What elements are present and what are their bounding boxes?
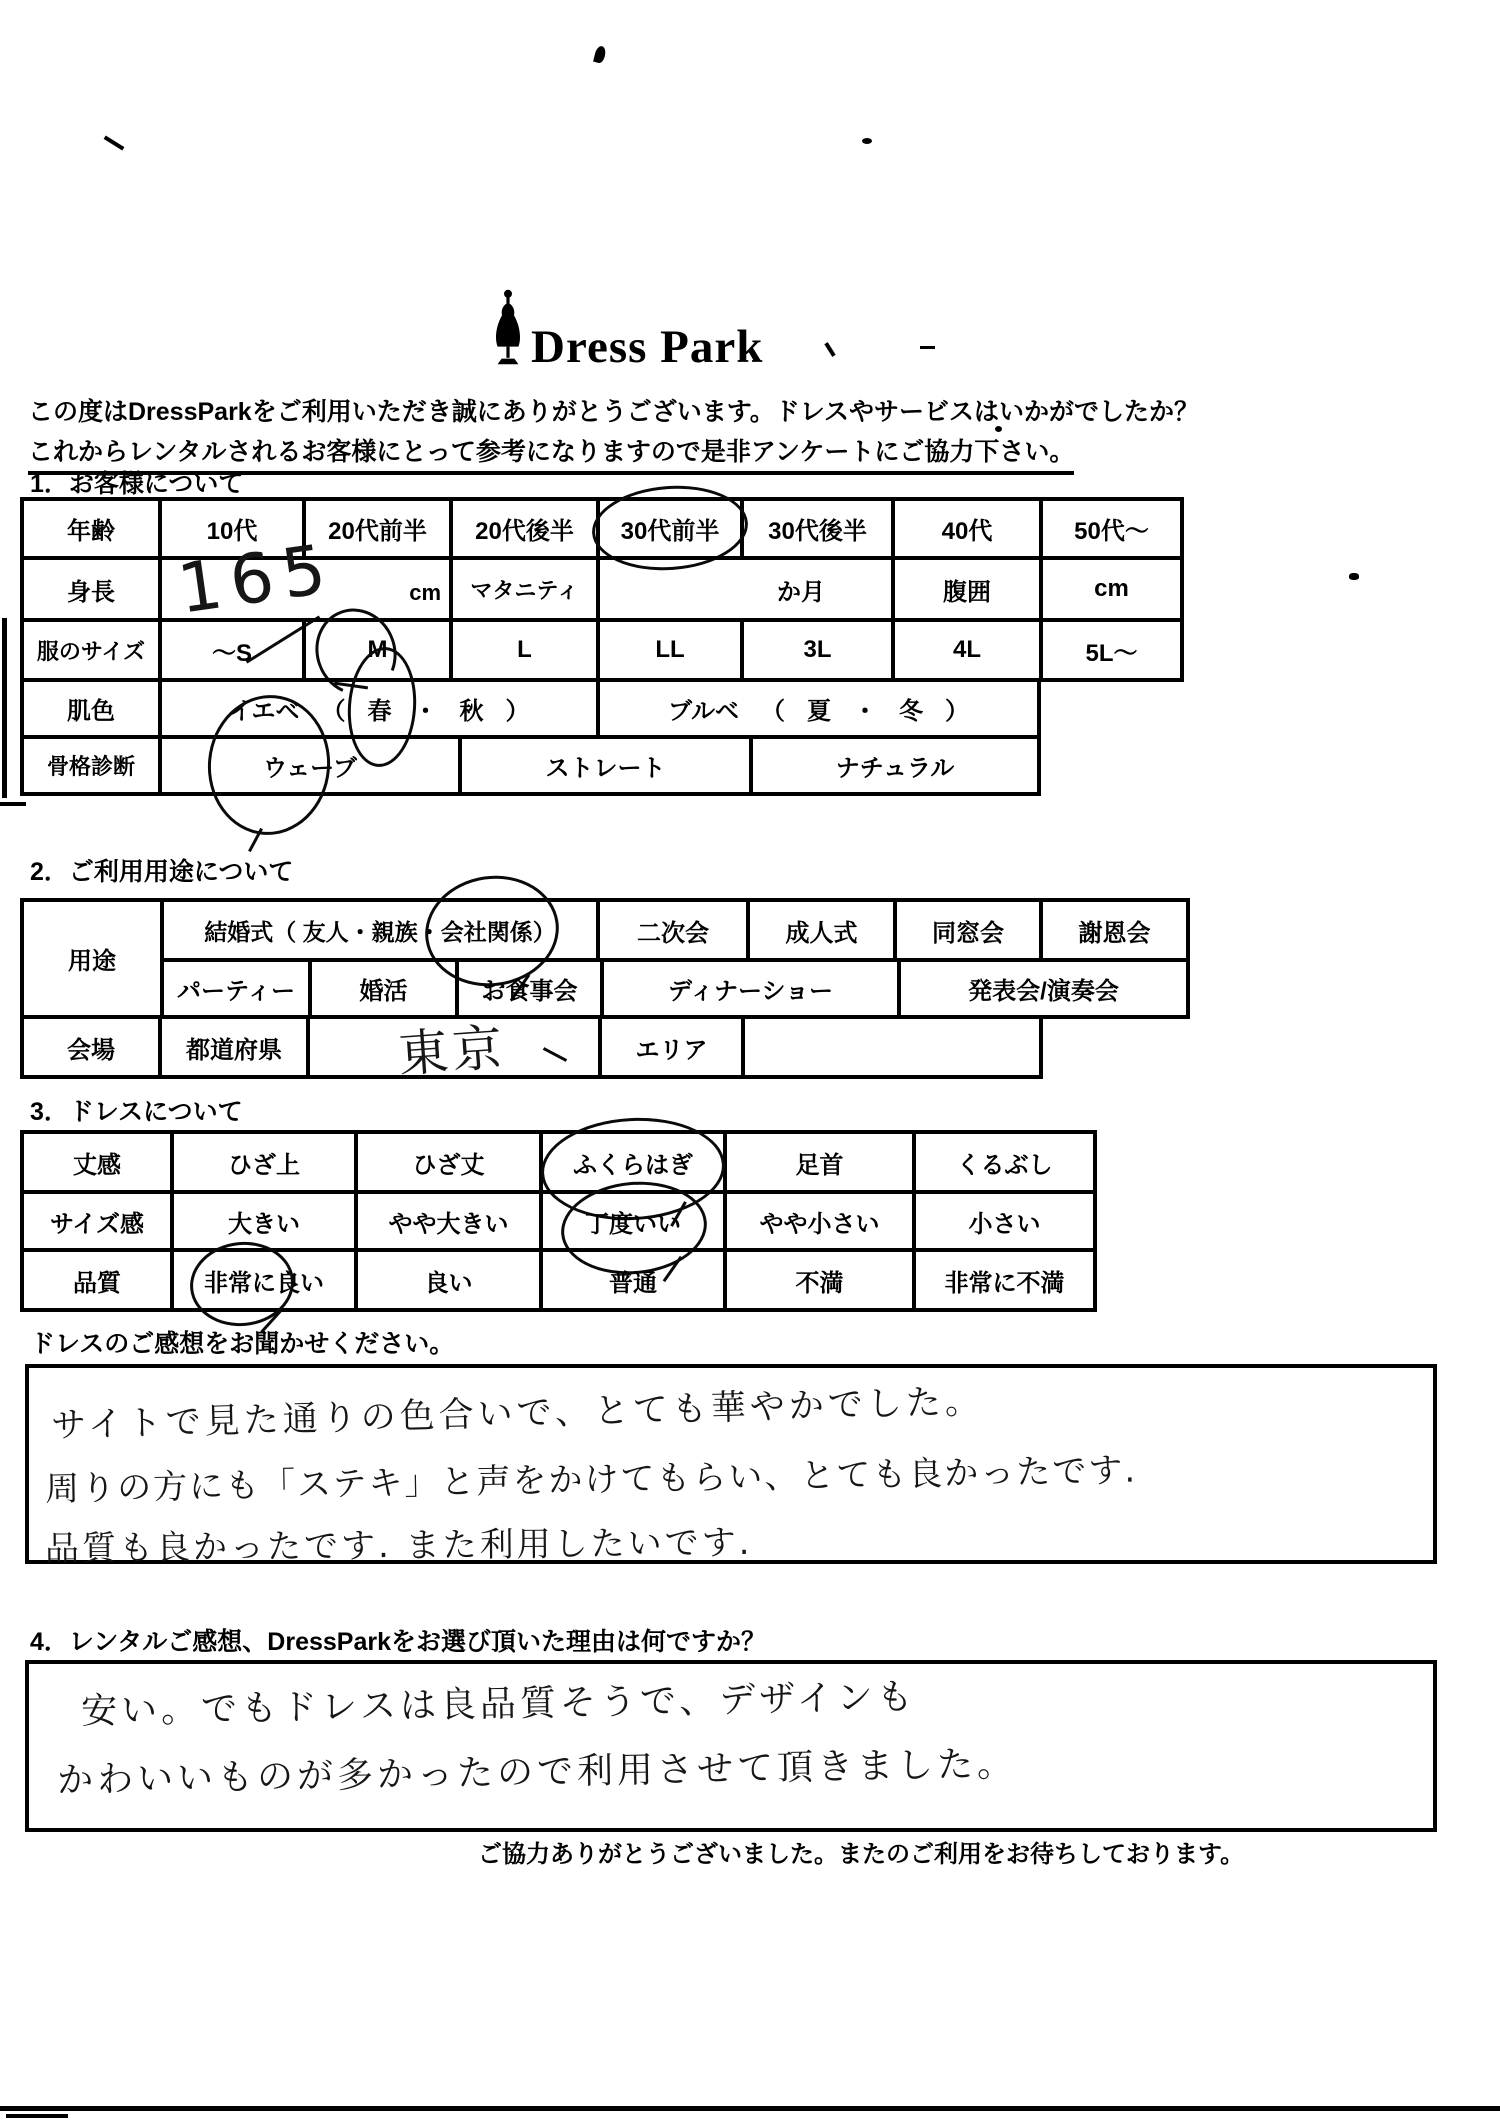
skin-label: 肌色 [24,682,162,735]
skin-option-spring-label: 春 [368,698,392,725]
age-label: 年齢 [24,501,162,556]
skeleton-label: 骨格診断 [24,739,162,792]
circle-tail [248,828,263,852]
venue-label: 会場 [24,1019,162,1075]
height-unit: cm [409,580,441,606]
length-option-anklebone: くるぶし [916,1134,1093,1190]
skin-yellow-name: イエベ [228,691,299,726]
size-option-m-label: M [368,636,388,664]
maternity-label: マタニティ [453,560,600,618]
area-label: エリア [602,1019,745,1075]
scan-speck [920,346,935,349]
dot-separator: ・ [414,691,438,726]
section4-title: 4．レンタルご感想、DressParkをお選び頂いた理由は何ですか？ [30,1622,766,1658]
prefecture-value-cell: 東京 [310,1019,602,1075]
usage-option-company: 会社関係 [441,914,533,947]
length-option-above-knee: ひざ上 [174,1134,358,1190]
age-option-30-early-label: 30代前半 [621,511,720,546]
dress-feedback-box: サイトで見た通りの色合いで、とても華やかでした。 周りの方にも「ステキ」と声をか… [25,1364,1437,1564]
quality-option-very-good: 非常に良い [174,1252,358,1308]
skeleton-row: 骨格診断 ウェーブ ストレート ナチュラル [20,735,1041,796]
maternity-months-cell: か月 [600,560,895,618]
reason-line: 安い。でもドレスは良品質そうで、デザインも [81,1669,917,1735]
usage-option-konkatsu: 婚活 [312,962,459,1015]
usage-option-coming-of-age: 成人式 [750,902,897,958]
fit-option-just-right: 丁度いい [543,1194,727,1248]
paren: ） [506,691,530,726]
paren: ） [945,691,969,726]
scan-speck [1349,573,1359,580]
usage-row-1: 結婚式（ 友人・親族・ 会社関係 ） 二次会 成人式 同窓会 謝恩会 [160,898,1190,962]
feedback-line: 周りの方にも「ステキ」と声をかけてもらい、とても良かったです. [45,1442,1138,1510]
section3-title: 3．ドレスについて [30,1092,243,1128]
usage-option-thanks-party: 謝恩会 [1043,902,1186,958]
skeleton-option-wave-label: ウェーブ [263,748,357,783]
feedback-line: サイトで見た通りの色合いで、とても華やかでした。 [51,1374,985,1448]
usage-option-wedding: 結婚式（ 友人・親族・ 会社関係 ） [164,902,600,958]
section1-title: 1．お客様について [30,464,243,500]
usage-row-2: パーティー 婚活 お食事会 ディナーショー 発表会/演奏会 [160,958,1190,1019]
age-option-50s: 50代～ [1043,501,1180,556]
fit-row: サイズ感 大きい やや大きい 丁度いい やや小さい 小さい [20,1190,1097,1252]
reason-box: 安い。でもドレスは良品質そうで、デザインも かわいいものが多かったので利用させて… [25,1660,1437,1832]
scan-speck [104,135,125,150]
quality-option-unsatisfied: 不満 [727,1252,916,1308]
dress-feedback-prompt: ドレスのご感想をお聞かせください。 [30,1324,454,1360]
usage-option-company-label: 会社関係 [441,919,533,945]
quality-option-normal: 普通 [543,1252,727,1308]
usage-label-cell: 用途 [20,898,164,1019]
waist-unit-cell: cm [1043,560,1180,618]
paren: （ [761,691,785,726]
scan-speck [593,45,607,64]
skin-yellow-cell: イエベ （ 春 ・ 秋 ） [162,682,600,735]
usage-option-dinner: お食事会 [459,962,604,1015]
skeleton-option-straight: ストレート [462,739,753,792]
skin-blue-cell: ブルベ （ 夏 ・ 冬 ） [600,682,1037,735]
usage-option-afterparty: 二次会 [600,902,750,958]
height-row: 身長 165 cm マタニティ か月 腹囲 cm [20,556,1184,622]
skin-option-summer: 夏 [807,691,831,726]
venue-row: 会場 都道府県 東京 エリア [20,1015,1043,1079]
waist-label: 腹囲 [895,560,1043,618]
size-option-m: M [306,622,453,678]
usage-label: 用途 [24,902,160,1015]
size-option-l: L [453,622,600,678]
intro-line-1: この度はDressParkをご利用いただき誠にありがとうございます。ドレスやサー… [28,392,1199,428]
skin-option-autumn: 秋 [460,691,484,726]
size-option-3l: 3L [744,622,895,678]
length-row: 丈感 ひざ上 ひざ丈 ふくらはぎ 足首 くるぶし [20,1130,1097,1194]
reason-line: かわいいものが多かったので利用させて頂きました。 [57,1736,1018,1804]
pen-flourish [543,1047,567,1062]
size-option-s: ～S [162,622,306,678]
height-label: 身長 [24,560,162,618]
usage-option-reunion: 同窓会 [897,902,1043,958]
skin-option-spring: 春 [368,691,392,726]
paren: （ [322,691,346,726]
size-option-ll: LL [600,622,744,678]
skin-row: 肌色 イエベ （ 春 ・ 秋 ） ブルベ （ 夏 ・ 冬 ） [20,678,1041,739]
scan-edge-artifact [0,802,26,806]
feedback-line: 品質も良かったです. また利用したいです. [45,1515,753,1570]
skeleton-option-natural: ナチュラル [753,739,1037,792]
section2-title: 2．ご利用用途について [30,852,293,888]
length-option-calf-label: ふくらはぎ [573,1145,693,1180]
length-option-calf: ふくらはぎ [543,1134,727,1190]
height-value-cell: 165 cm [162,560,453,618]
size-option-5l: 5L～ [1043,622,1180,678]
scan-speck [995,426,1002,432]
prefecture-label: 都道府県 [162,1019,310,1075]
prefecture-value-handwritten: 東京 [396,1007,509,1086]
quality-label: 品質 [24,1252,174,1308]
skeleton-option-wave: ウェーブ [162,739,462,792]
skin-blue-name: ブルベ [668,691,739,726]
age-option-30-late: 30代後半 [744,501,895,556]
dot-separator: ・ [853,691,877,726]
usage-option-dinner-show: ディナーショー [604,962,901,1015]
size-row: 服のサイズ ～S M L LL 3L 4L 5L～ [20,618,1184,682]
age-option-40s: 40代 [895,501,1043,556]
age-option-30-early: 30代前半 [600,501,744,556]
size-option-4l: 4L [895,622,1043,678]
fit-option-slightly-small: やや小さい [727,1194,916,1248]
scan-speck [862,138,872,144]
skin-option-winter: 冬 [899,691,923,726]
scan-bottom-line [6,2114,68,2118]
length-option-ankle: 足首 [727,1134,916,1190]
fit-option-big: 大きい [174,1194,358,1248]
scanned-survey-page: Dress Park この度はDressParkをご利用いただき誠にありがとうご… [0,0,1500,2127]
fit-label: サイズ感 [24,1194,174,1248]
scan-bottom-line [0,2106,1500,2111]
usage-option-party: パーティー [164,962,312,1015]
quality-row: 品質 非常に良い 良い 普通 不満 非常に不満 [20,1248,1097,1312]
closing-message: ご協力ありがとうございました。またのご利用をお待ちしております。 [478,1834,1244,1869]
wedding-suffix: ） [533,914,556,947]
logo: Dress Park [492,288,763,375]
size-label: 服のサイズ [24,622,162,678]
scan-speck [824,342,835,357]
fit-option-just-right-label: 丁度いい [585,1204,681,1239]
scan-edge-artifact [2,618,7,798]
age-option-20-late: 20代後半 [453,501,600,556]
quality-option-good: 良い [358,1252,543,1308]
logo-wordmark: Dress Park [531,324,763,375]
quality-option-very-good-label: 非常に良い [204,1263,324,1298]
fit-option-small: 小さい [916,1194,1093,1248]
area-value-cell [745,1019,1039,1075]
length-option-knee: ひざ丈 [358,1134,543,1190]
length-label: 丈感 [24,1134,174,1190]
usage-option-recital: 発表会/演奏会 [901,962,1186,1015]
dress-form-icon [492,288,524,375]
quality-option-very-unsatisfied: 非常に不満 [916,1252,1093,1308]
wedding-prefix: 結婚式（ 友人・親族・ [204,914,440,947]
fit-option-slightly-big: やや大きい [358,1194,543,1248]
